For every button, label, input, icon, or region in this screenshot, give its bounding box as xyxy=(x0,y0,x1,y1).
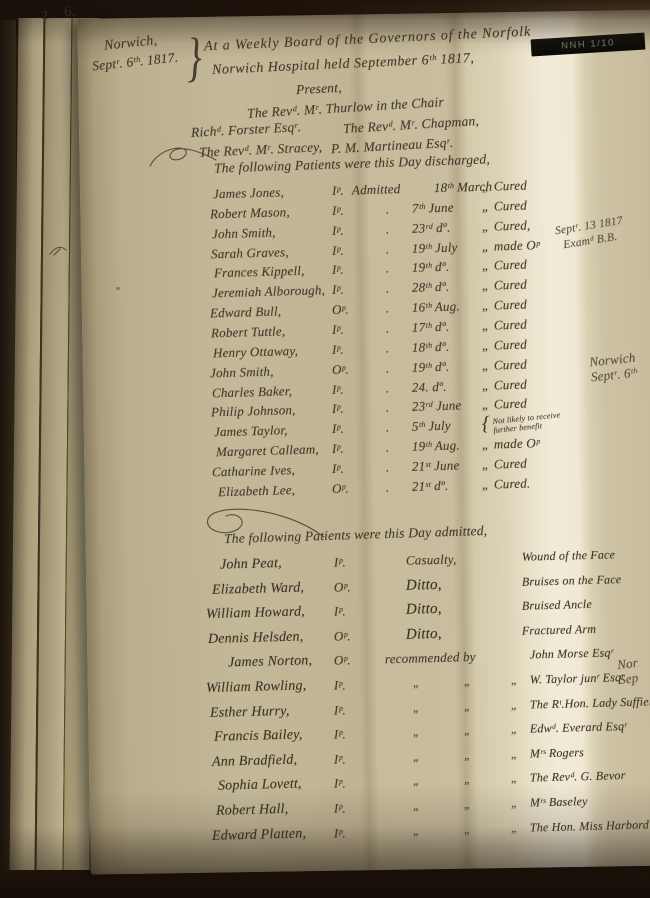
ditto-mark: „ xyxy=(464,797,471,812)
ditto-mark: „ xyxy=(482,318,490,334)
discharge-result: Cured xyxy=(494,197,527,214)
margin-note-next-page: Norwich Septʳ. 6ᵗʰ xyxy=(589,350,638,385)
patient-type: Iᵖ. xyxy=(332,341,344,357)
cause-label: Casualty, xyxy=(406,551,457,568)
admission-date: 16ᵗʰ Aug. xyxy=(412,299,460,316)
admitted-column: . xyxy=(386,221,390,237)
patient-type: Iᵖ. xyxy=(334,825,346,841)
patient-type: Iᵖ. xyxy=(332,183,344,199)
margin-note-edge: Nor Sep xyxy=(616,655,640,687)
discharge-result: Cured xyxy=(494,455,527,472)
discharge-result: made Oᵖ xyxy=(494,237,540,254)
admission-date: 28ᵗʰ dº. xyxy=(412,279,450,296)
discharge-result: Cured xyxy=(494,396,527,413)
patient-type: Iᵖ. xyxy=(334,800,346,816)
ditto-mark: „ xyxy=(482,198,490,214)
patient-name: Robert Hall, xyxy=(216,802,289,820)
patient-type: Iᵖ. xyxy=(332,322,344,338)
patient-name: Edward Bull, xyxy=(210,304,282,322)
patient-type: Iᵖ. xyxy=(334,702,346,718)
patient-type: Iᵖ. xyxy=(334,604,346,620)
patient-name: John Smith, xyxy=(210,363,274,381)
ditto-mark: „ xyxy=(482,179,490,195)
patient-type: Iᵖ. xyxy=(334,554,346,570)
patient-type: Oᵖ. xyxy=(332,361,349,377)
attendee: The Revᵈ. Mʳ. Chapman, xyxy=(343,113,480,137)
discharge-result: Cured xyxy=(494,257,527,274)
cause-label: Ditto, xyxy=(406,576,442,594)
present-label: Present, xyxy=(296,80,342,98)
cause-label: recommended by xyxy=(385,649,476,667)
patient-type: Iᵖ. xyxy=(334,677,346,693)
patient-type: Iᵖ. xyxy=(332,401,344,417)
page-content: 2 6. Norwich, Septʳ. 6ᵗʰ. 1817. } At a W… xyxy=(0,0,650,898)
margin-brace: } xyxy=(185,26,203,89)
detail-label: Edwᵈ. Everard Esqʳ xyxy=(530,719,628,737)
detail-label: Bruises on the Face xyxy=(522,572,622,590)
detail-label: Mʳˢ Baseley xyxy=(530,794,588,811)
ditto-mark: „ xyxy=(482,476,490,492)
patient-type: Oᵖ. xyxy=(332,480,349,496)
admission-date: 7ᵗʰ June xyxy=(412,199,454,216)
admitted-column: . xyxy=(386,201,390,217)
ditto-mark: „ xyxy=(464,674,471,689)
patient-name: Sophia Lovett, xyxy=(218,777,302,795)
patient-name: James Norton, xyxy=(228,654,313,672)
patient-type: Iᵖ. xyxy=(332,203,344,219)
ditto-mark: „ xyxy=(413,700,420,715)
discharge-result: Cured. xyxy=(494,475,531,492)
admission-date: 23ʳᵈ dº. xyxy=(412,219,451,236)
patient-type: Iᵖ. xyxy=(332,282,344,298)
ditto-mark: „ xyxy=(511,722,518,737)
admitted-column: . xyxy=(386,420,390,436)
ditto-mark: „ xyxy=(413,774,420,789)
admission-date: 17ᵗʰ dº. xyxy=(412,319,450,336)
patient-name: John Peat, xyxy=(220,556,282,574)
patient-name: Elizabeth Lee, xyxy=(218,482,296,500)
admitted-column: . xyxy=(386,301,390,317)
patient-type: Oᵖ. xyxy=(334,579,351,595)
ditto-mark: „ xyxy=(482,457,490,473)
ditto-mark: „ xyxy=(413,798,420,813)
ditto-mark: „ xyxy=(464,822,471,837)
patient-name: Sarah Graves, xyxy=(211,244,289,262)
admitted-column: . xyxy=(386,241,390,257)
ditto-mark: „ xyxy=(464,723,471,738)
ditto-mark: „ xyxy=(413,675,420,690)
ditto-mark: „ xyxy=(511,820,518,835)
admission-date: 23ʳᵈ June xyxy=(412,398,462,415)
patient-name: Edward Platten, xyxy=(212,826,307,844)
patient-type: Iᵖ. xyxy=(332,222,344,238)
page-number: 6. xyxy=(64,4,77,22)
admitted-column: . xyxy=(386,459,390,475)
patient-type: Iᵖ. xyxy=(332,242,344,258)
admitted-column: . xyxy=(386,320,390,336)
ditto-mark: „ xyxy=(511,771,518,786)
detail-label: Bruised Ancle xyxy=(522,597,592,614)
note-line: Sep xyxy=(618,670,641,687)
detail-label: Mʳˢ Rogers xyxy=(530,745,585,761)
patient-type: Iᵖ. xyxy=(332,441,344,457)
admission-date: 19ᵗʰ July xyxy=(412,239,458,256)
ditto-mark: „ xyxy=(482,397,490,413)
patient-type: Oᵖ. xyxy=(334,653,351,669)
ditto-mark: „ xyxy=(482,437,490,453)
ditto-mark: „ xyxy=(464,699,471,714)
patient-type: Iᵖ. xyxy=(332,262,344,278)
pen-flourish xyxy=(146,144,220,170)
patient-name: Robert Mason, xyxy=(210,204,290,222)
ditto-mark: „ xyxy=(413,823,420,838)
admission-date: 5ᵗʰ July xyxy=(412,418,451,435)
leaf-number: 2 xyxy=(41,8,48,23)
attendee: Richᵈ. Forster Esqʳ. xyxy=(191,119,302,141)
patient-type: Iᵖ. xyxy=(332,461,344,477)
discharge-result: made Oᵖ xyxy=(494,435,540,452)
discharge-result: Cured xyxy=(494,178,527,195)
ink-speck xyxy=(116,287,120,290)
ditto-mark: „ xyxy=(511,673,518,688)
detail-label: The Rᵗ.Hon. Lady Suffield xyxy=(530,694,650,712)
admitted-column: . xyxy=(386,479,390,495)
patient-name: Elizabeth Ward, xyxy=(212,580,305,598)
ditto-mark: „ xyxy=(482,218,490,234)
ditto-mark: „ xyxy=(511,747,518,762)
patient-name: Frances Kippell, xyxy=(214,263,305,282)
ditto-mark: „ xyxy=(464,748,471,763)
discharge-result: Cured xyxy=(494,317,527,334)
discharge-result: Cured xyxy=(494,376,527,393)
patient-type: Iᵖ. xyxy=(332,381,344,397)
ditto-mark: „ xyxy=(482,238,490,254)
detail-label: W. Taylor junʳ Esqʳ xyxy=(530,670,625,687)
patient-type: Iᵖ. xyxy=(334,727,346,743)
ditto-mark: „ xyxy=(413,749,420,764)
detail-label: Wound of the Face xyxy=(522,547,616,564)
patient-name: Philip Johnson, xyxy=(211,402,296,420)
patient-type: Iᵖ. xyxy=(334,776,346,792)
discharge-result: Cured xyxy=(494,336,527,353)
ditto-mark: „ xyxy=(511,697,518,712)
board-heading-line2: Norwich Hospital held September 6ᵗʰ 1817… xyxy=(212,51,475,79)
admitted-column: Admitted xyxy=(352,181,401,198)
ditto-mark: „ xyxy=(464,772,471,787)
ditto-mark: „ xyxy=(511,796,518,811)
admitted-column: . xyxy=(386,439,390,455)
discharge-result: Cured, xyxy=(494,217,531,234)
cause-label: Ditto, xyxy=(406,626,442,644)
patient-name: Henry Ottaway, xyxy=(213,343,299,361)
admission-date: 18ᵗʰ dº. xyxy=(412,339,450,356)
ditto-mark: „ xyxy=(482,298,490,314)
patient-type: Oᵖ. xyxy=(334,628,351,644)
patient-name: Catharine Ives, xyxy=(212,462,296,480)
ditto-mark: „ xyxy=(482,258,490,274)
patient-name: Jeremiah Alborough, xyxy=(212,282,325,301)
patient-type: Oᵖ. xyxy=(332,302,349,318)
ink-mark xyxy=(48,242,70,258)
admitted-column: . xyxy=(386,340,390,356)
patient-name: William Rowling, xyxy=(206,678,307,697)
admission-date: 21ˢᵗ June xyxy=(412,457,460,474)
patient-type: Iᵖ. xyxy=(332,421,344,437)
discharge-result: Cured xyxy=(494,356,527,373)
patient-name: James Taylor, xyxy=(214,422,288,440)
detail-label: The Revᵈ. G. Bevor xyxy=(530,768,626,785)
detail-label: John Morse Esqʳ xyxy=(530,646,614,663)
admission-date: 21ˢᵗ dº. xyxy=(412,478,449,495)
admission-date: 24. dº. xyxy=(412,378,447,395)
board-heading-line1: At a Weekly Board of the Governors of th… xyxy=(204,25,532,56)
patient-name: John Smith, xyxy=(212,224,276,242)
admission-date: 19ᵗʰ Aug. xyxy=(412,437,460,454)
patient-name: Esther Hurry, xyxy=(210,703,290,721)
admission-date: 19ᵗʰ dº. xyxy=(412,358,450,375)
patient-type: Iᵖ. xyxy=(334,751,346,767)
note-brace: { xyxy=(482,413,491,436)
admitted-column: . xyxy=(386,360,390,376)
admission-date: 19ᵗʰ dº. xyxy=(412,259,450,276)
patient-name: Robert Tuttle, xyxy=(211,323,286,341)
discharge-result: Cured xyxy=(494,297,527,314)
ditto-mark: „ xyxy=(482,278,490,294)
manuscript-photo: { "photo": { "archive_label": "NNH 1/10"… xyxy=(0,0,650,898)
patient-name: Ann Bradfield, xyxy=(212,752,298,770)
admitted-column: . xyxy=(386,281,390,297)
admitted-column: . xyxy=(386,380,390,396)
ditto-mark: „ xyxy=(482,357,490,373)
cause-label: Ditto, xyxy=(406,601,442,619)
patient-name: Charles Baker, xyxy=(212,383,292,401)
patient-name: James Jones, xyxy=(213,184,284,202)
detail-label: Fractured Arm xyxy=(522,622,597,639)
admitted-column: . xyxy=(386,261,390,277)
patient-name: Margaret Calleam, xyxy=(216,441,319,460)
patient-name: William Howard, xyxy=(206,605,305,624)
ditto-mark: „ xyxy=(413,725,420,740)
discharge-result: Cured xyxy=(494,277,527,294)
patient-name: Dennis Helsden, xyxy=(208,629,304,647)
detail-label: The Hon. Miss Harbord xyxy=(530,817,649,835)
patient-name: Francis Bailey, xyxy=(214,728,303,746)
ditto-mark: „ xyxy=(482,337,490,353)
admitted-column: . xyxy=(386,400,390,416)
ditto-mark: „ xyxy=(482,377,490,393)
